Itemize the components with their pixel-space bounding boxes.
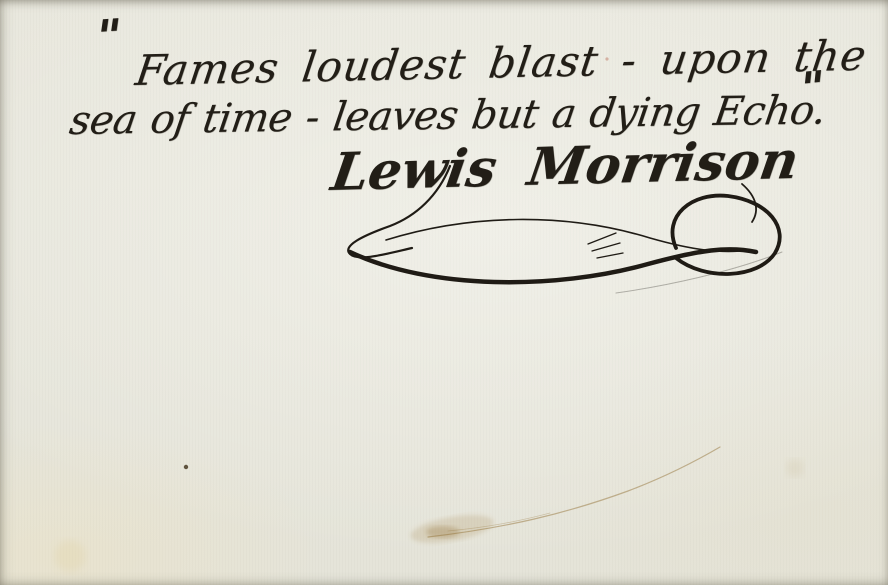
smudge-stain-core xyxy=(426,526,460,538)
opening-quote-mark: " xyxy=(92,8,124,64)
flourish-feather-marks xyxy=(588,233,623,258)
stain-hairline xyxy=(428,447,720,537)
flourish-right-loop xyxy=(672,196,779,274)
stain-hairline-secondary xyxy=(448,513,550,531)
flourish-counter-curve xyxy=(386,219,750,251)
flourish-faint-tail xyxy=(616,252,782,293)
ink-speck xyxy=(184,465,188,469)
flourish-main-arc xyxy=(350,249,756,282)
quote-line-1: Fames loudest blast - upon the xyxy=(133,31,870,95)
autograph-album-page: " Fames loudest blast - upon the sea of … xyxy=(0,0,888,585)
foxing-spot xyxy=(786,459,804,477)
signature-name: Lewis Morrison xyxy=(327,130,802,203)
foxing-spot-corner xyxy=(54,540,86,572)
smudge-stain xyxy=(409,510,496,548)
